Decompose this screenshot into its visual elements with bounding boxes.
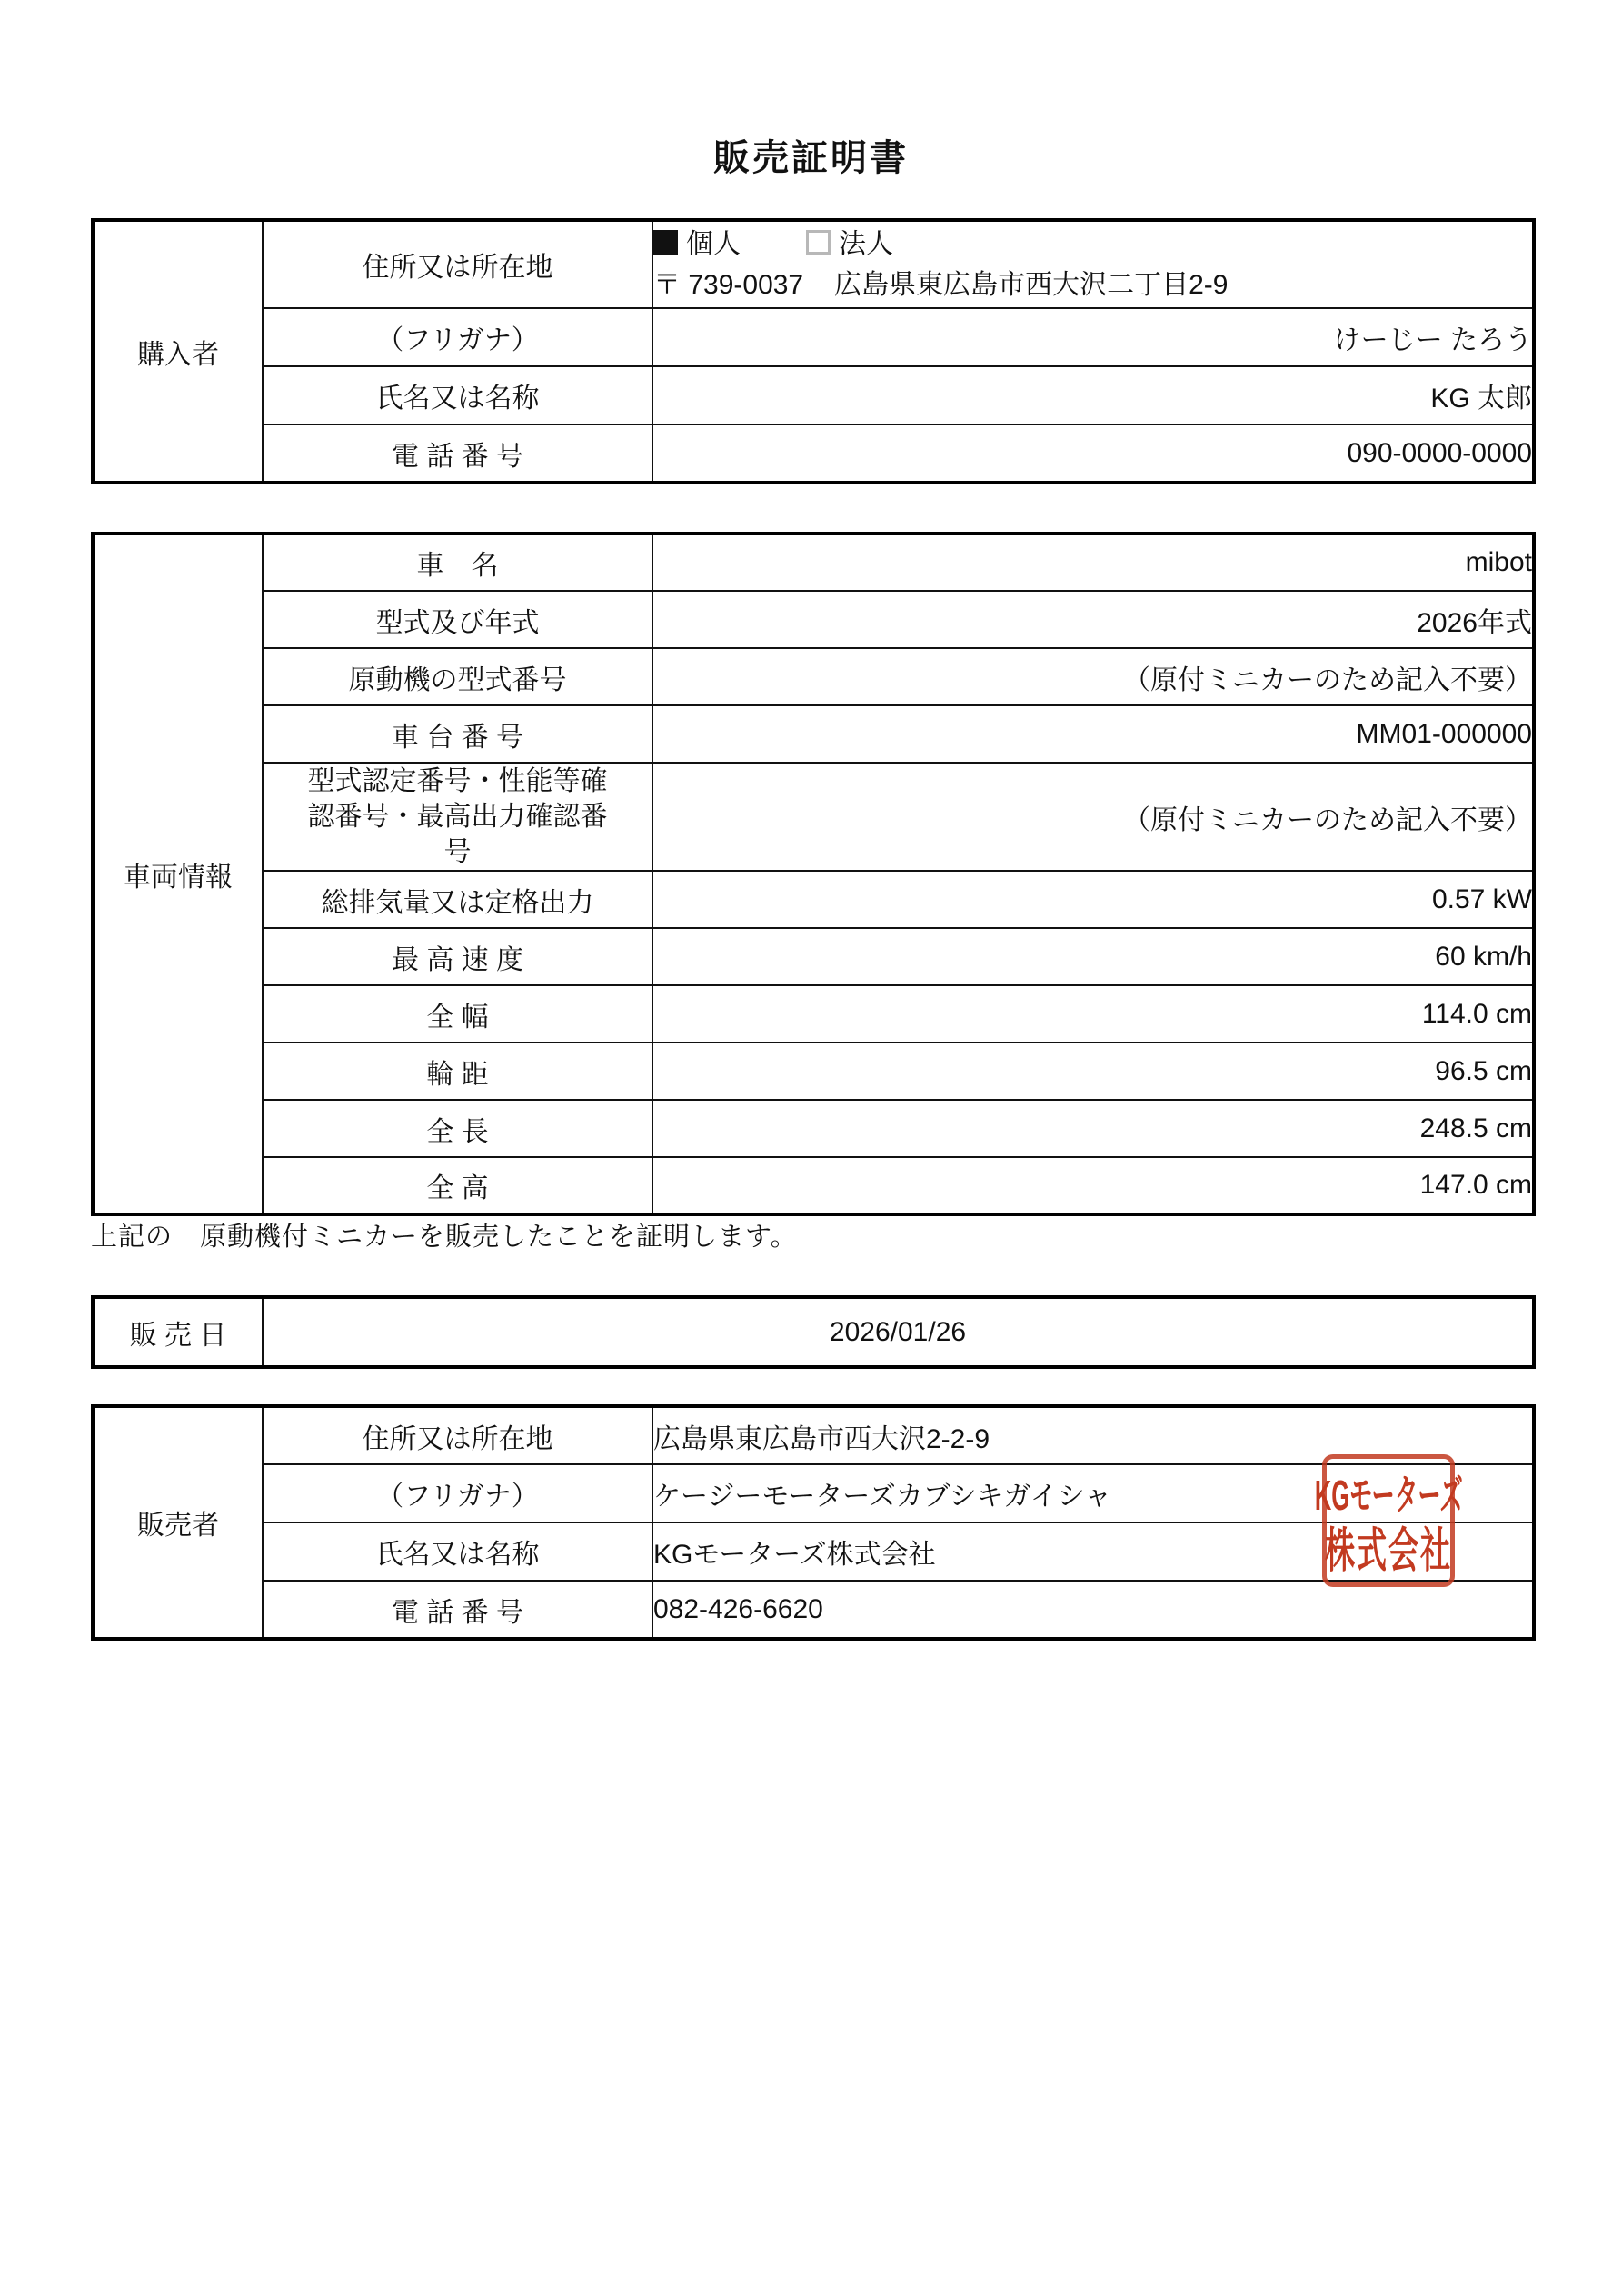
- stamp-company-name: KGモーターズ: [1315, 1461, 1463, 1522]
- vehicle-name-row: 車両情報 車 名 mibot: [93, 534, 1534, 591]
- vehicle-chassis-number-value: MM01-000000: [652, 705, 1534, 763]
- seller-phone-label: 電 話 番 号: [263, 1581, 652, 1639]
- vehicle-name-label: 車 名: [263, 534, 652, 591]
- sale-date-table: 販 売 日 2026/01/26: [91, 1295, 1536, 1369]
- seller-name-row: 氏名又は名称 KGモーターズ株式会社: [93, 1522, 1534, 1581]
- sale-date-label: 販 売 日: [93, 1297, 263, 1367]
- vehicle-max-speed-label: 最 高 速 度: [263, 928, 652, 985]
- certification-statement: 上記の 原動機付ミニカーを販売したことを証明します。: [91, 1216, 798, 1253]
- vehicle-engine-model-value: （原付ミニカーのため記入不要）: [652, 648, 1534, 705]
- vehicle-width-row: 全 幅 114.0 cm: [93, 985, 1534, 1043]
- vehicle-chassis-number-label: 車 台 番 号: [263, 705, 652, 763]
- vehicle-displacement-label: 総排気量又は定格出力: [263, 871, 652, 928]
- vehicle-group-label: 車両情報: [93, 534, 263, 1214]
- seller-furigana-label: （フリガナ）: [263, 1464, 652, 1522]
- vehicle-width-value: 114.0 cm: [652, 985, 1534, 1043]
- sale-date-value: 2026/01/26: [263, 1297, 1534, 1367]
- seller-group-label: 販売者: [93, 1406, 263, 1639]
- page-title: 販売証明書: [0, 129, 1622, 181]
- vehicle-chassis-number-row: 車 台 番 号 MM01-000000: [93, 705, 1534, 763]
- vehicle-engine-model-label: 原動機の型式番号: [263, 648, 652, 705]
- buyer-entity-type-line: 個人法人: [653, 224, 1532, 265]
- buyer-phone-row: 電 話 番 号 090-0000-0000: [93, 424, 1534, 483]
- vehicle-certification-number-label: 型式認定番号・性能等確認番号・最高出力確認番号: [263, 763, 652, 871]
- buyer-address-row: 購入者 住所又は所在地 個人法人 〒 739-0037広島県東広島市西大沢二丁目…: [93, 220, 1534, 308]
- vehicle-certification-number-value: （原付ミニカーのため記入不要）: [652, 763, 1534, 871]
- buyer-name-value: KG 太郎: [652, 366, 1534, 424]
- seller-name-label: 氏名又は名称: [263, 1522, 652, 1581]
- buyer-group-label: 購入者: [93, 220, 263, 483]
- buyer-address-line: 〒 739-0037広島県東広島市西大沢二丁目2-9: [653, 265, 1532, 305]
- vehicle-wheel-track-label: 輪 距: [263, 1043, 652, 1100]
- vehicle-wheel-track-value: 96.5 cm: [652, 1043, 1534, 1100]
- vehicle-model-year-row: 型式及び年式 2026年式: [93, 591, 1534, 648]
- individual-checkbox-icon: [653, 230, 678, 255]
- corporate-checkbox-label: 法人: [839, 229, 893, 259]
- buyer-name-label: 氏名又は名称: [263, 366, 652, 424]
- seller-table: 販売者 住所又は所在地 広島県東広島市西大沢2-2-9 （フリガナ） ケージーモ…: [91, 1404, 1536, 1641]
- vehicle-displacement-value: 0.57 kW: [652, 871, 1534, 928]
- vehicle-length-label: 全 長: [263, 1100, 652, 1157]
- buyer-furigana-value: けーじー たろう: [652, 308, 1534, 366]
- vehicle-length-value: 248.5 cm: [652, 1100, 1534, 1157]
- buyer-phone-value: 090-0000-0000: [652, 424, 1534, 483]
- corporate-checkbox-icon: [806, 230, 831, 255]
- seller-phone-value: 082-426-6620: [652, 1581, 1534, 1639]
- buyer-address-label: 住所又は所在地: [263, 220, 652, 308]
- buyer-name-row: 氏名又は名称 KG 太郎: [93, 366, 1534, 424]
- stamp-company-suffix: 株式会社: [1325, 1513, 1452, 1581]
- vehicle-displacement-row: 総排気量又は定格出力 0.57 kW: [93, 871, 1534, 928]
- buyer-table: 購入者 住所又は所在地 個人法人 〒 739-0037広島県東広島市西大沢二丁目…: [91, 218, 1536, 484]
- company-seal-stamp-icon: KGモーターズ 株式会社: [1322, 1454, 1455, 1587]
- vehicle-height-label: 全 高: [263, 1157, 652, 1214]
- buyer-furigana-row: （フリガナ） けーじー たろう: [93, 308, 1534, 366]
- sale-date-row: 販 売 日 2026/01/26: [93, 1297, 1534, 1367]
- vehicle-wheel-track-row: 輪 距 96.5 cm: [93, 1043, 1534, 1100]
- seller-address-row: 販売者 住所又は所在地 広島県東広島市西大沢2-2-9: [93, 1406, 1534, 1464]
- vehicle-name-value: mibot: [652, 534, 1534, 591]
- buyer-furigana-label: （フリガナ）: [263, 308, 652, 366]
- vehicle-height-value: 147.0 cm: [652, 1157, 1534, 1214]
- vehicle-engine-model-row: 原動機の型式番号 （原付ミニカーのため記入不要）: [93, 648, 1534, 705]
- vehicle-height-row: 全 高 147.0 cm: [93, 1157, 1534, 1214]
- vehicle-certification-number-row: 型式認定番号・性能等確認番号・最高出力確認番号 （原付ミニカーのため記入不要）: [93, 763, 1534, 871]
- sales-certificate-page: 販売証明書 購入者 住所又は所在地 個人法人 〒 739-0037広島県東広島市…: [0, 0, 1622, 2296]
- buyer-phone-label: 電 話 番 号: [263, 424, 652, 483]
- vehicle-model-year-value: 2026年式: [652, 591, 1534, 648]
- buyer-address-text: 広島県東広島市西大沢二丁目2-9: [834, 270, 1228, 300]
- vehicle-table: 車両情報 車 名 mibot 型式及び年式 2026年式 原動機の型式番号 （原…: [91, 532, 1536, 1216]
- buyer-postal-code: 〒 739-0037: [653, 270, 803, 300]
- vehicle-width-label: 全 幅: [263, 985, 652, 1043]
- vehicle-length-row: 全 長 248.5 cm: [93, 1100, 1534, 1157]
- vehicle-model-year-label: 型式及び年式: [263, 591, 652, 648]
- seller-phone-row: 電 話 番 号 082-426-6620: [93, 1581, 1534, 1639]
- vehicle-max-speed-row: 最 高 速 度 60 km/h: [93, 928, 1534, 985]
- vehicle-max-speed-value: 60 km/h: [652, 928, 1534, 985]
- individual-checkbox-label: 個人: [686, 229, 741, 259]
- buyer-address-value-cell: 個人法人 〒 739-0037広島県東広島市西大沢二丁目2-9: [652, 220, 1534, 308]
- seller-address-label: 住所又は所在地: [263, 1406, 652, 1464]
